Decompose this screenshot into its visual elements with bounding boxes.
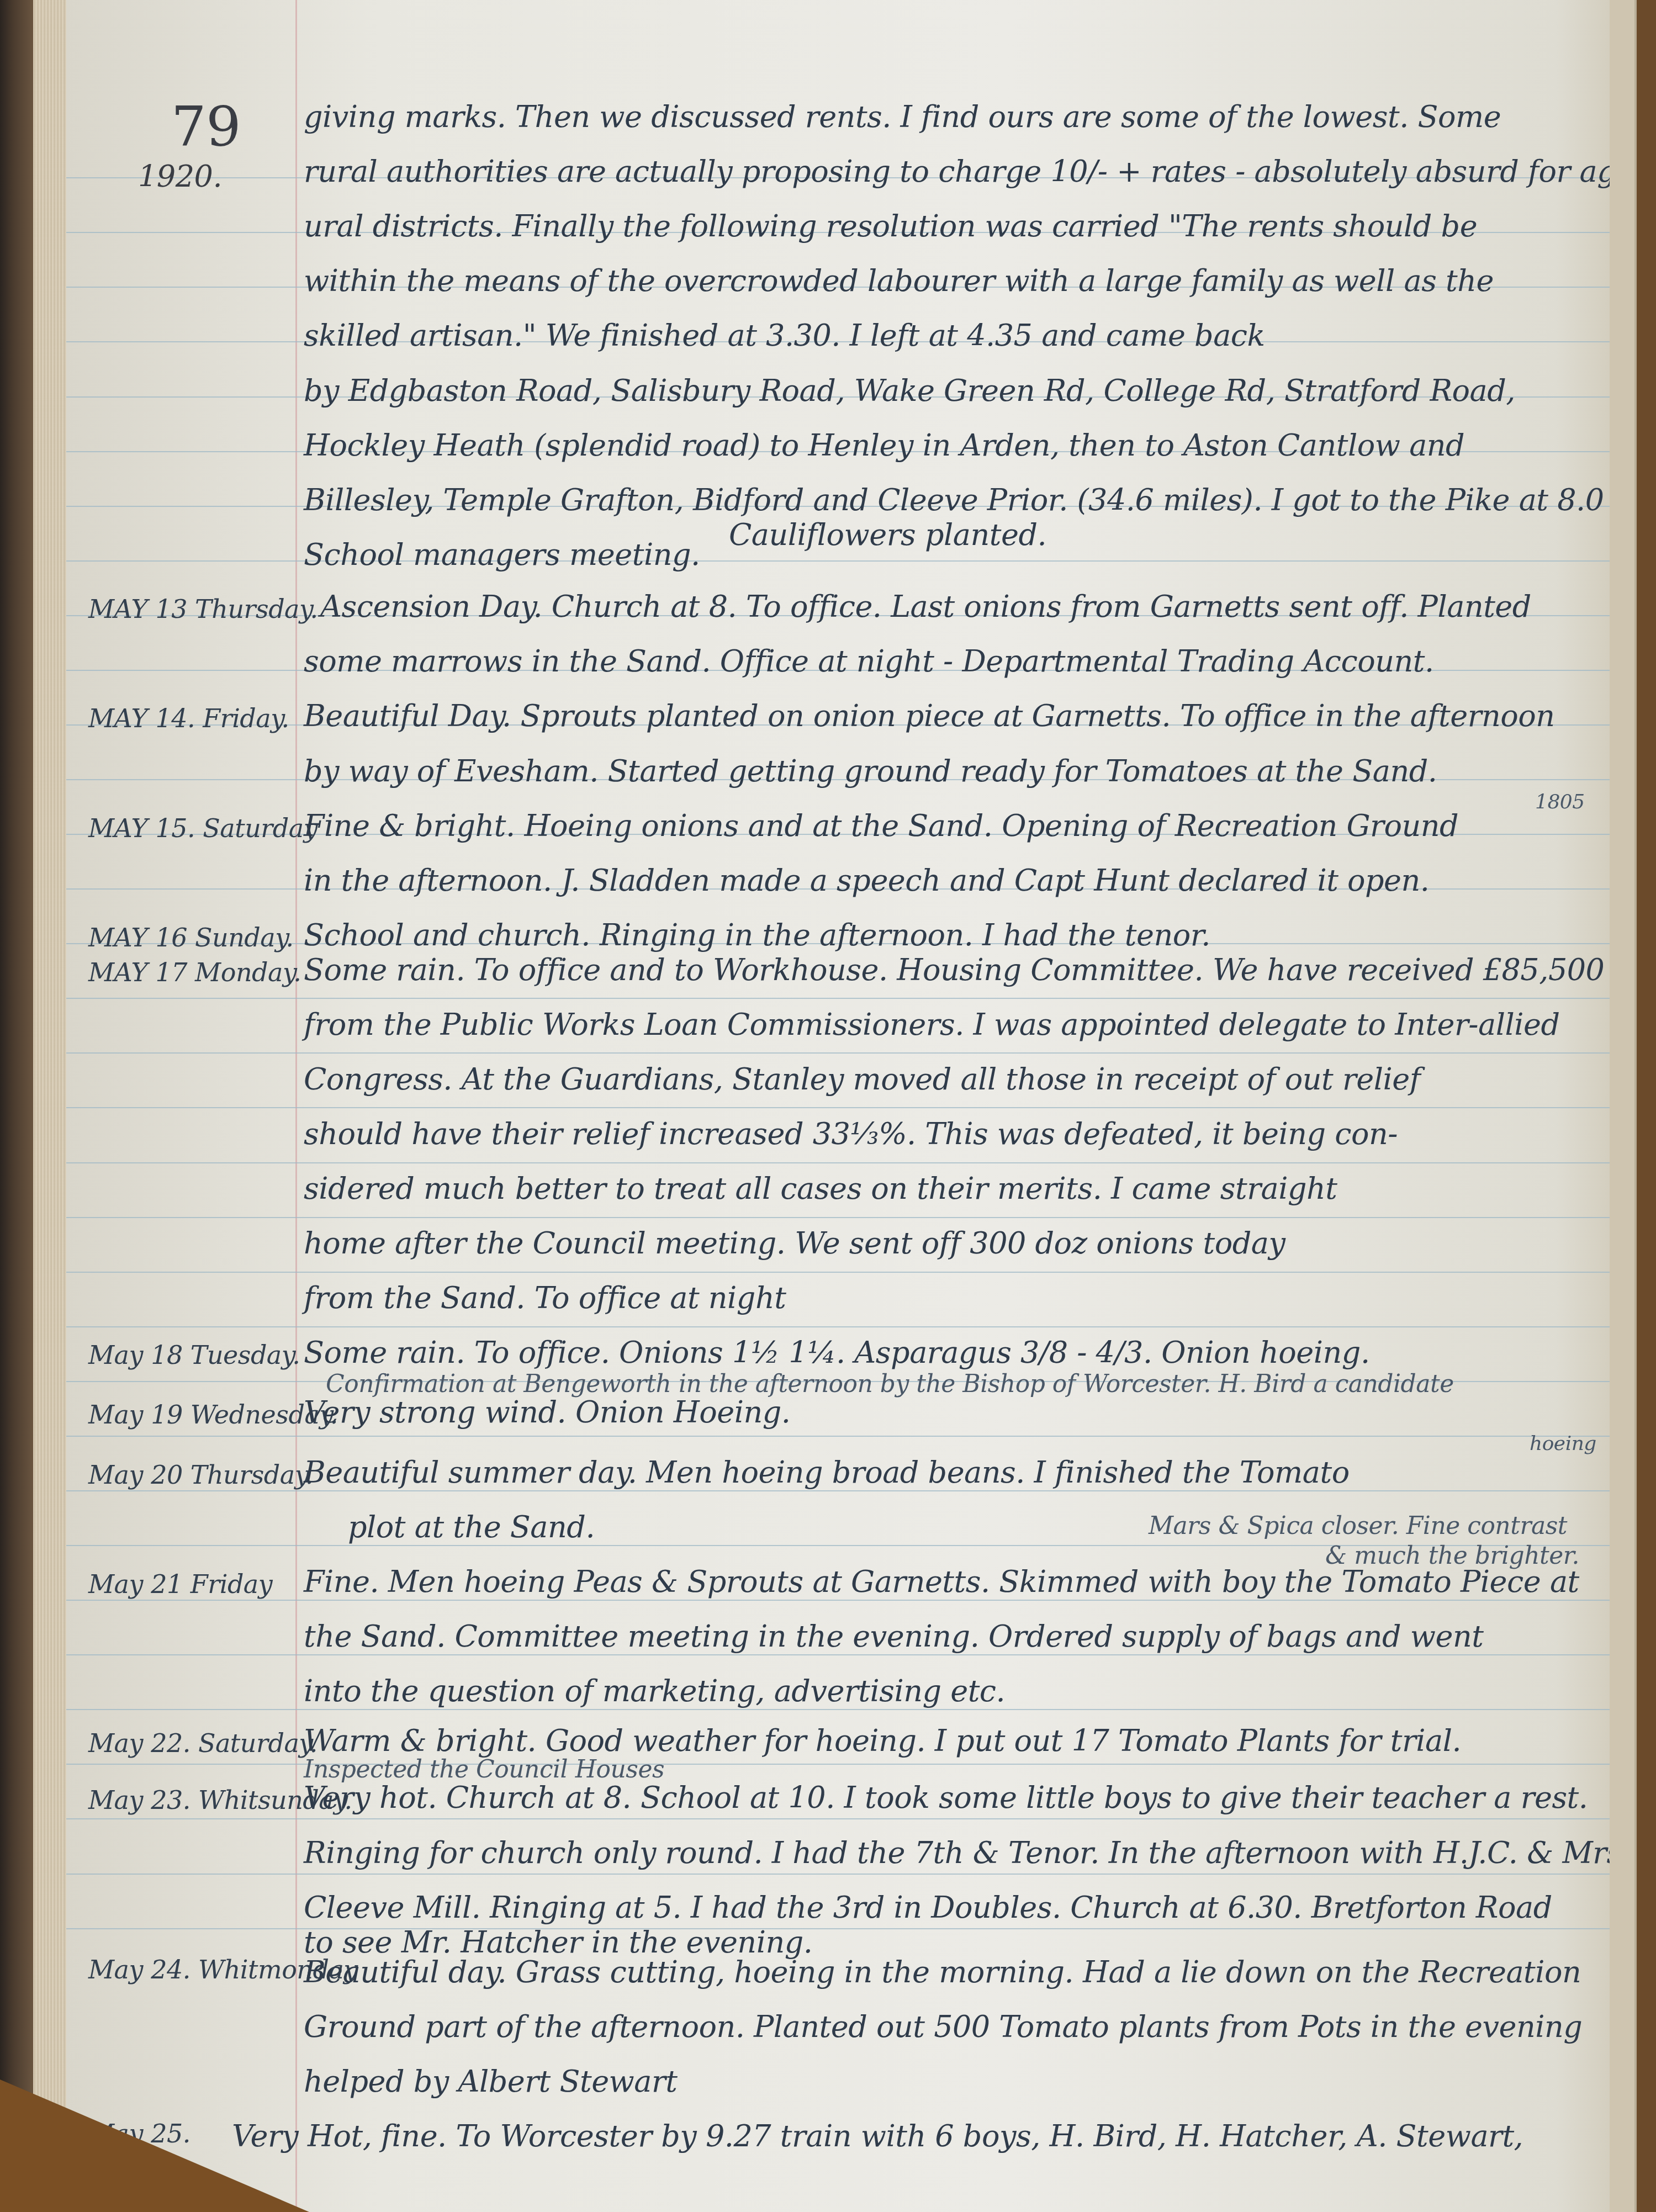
text-line: in the afternoon. J. Sladden made a spee… <box>304 863 1430 898</box>
ruled-line <box>66 1162 1634 1163</box>
entry-date: MAY 17 Monday. <box>88 957 301 987</box>
text-line: helped by Albert Stewart <box>304 2064 678 2099</box>
ruled-line <box>66 998 1634 999</box>
ruled-line <box>66 1217 1634 1218</box>
text-line: by Edgbaston Road, Salisbury Road, Wake … <box>304 373 1515 408</box>
text-line: Ascension Day. Church at 8. To office. L… <box>320 589 1531 624</box>
ruled-line <box>66 1654 1634 1655</box>
text-line: Cleeve Mill. Ringing at 5. I had the 3rd… <box>304 1890 1552 1925</box>
ruled-line <box>66 1874 1634 1875</box>
ruled-line <box>66 1490 1634 1491</box>
year-label: 1920. <box>138 159 222 194</box>
text-line: Fine & bright. Hoeing onions and at the … <box>304 808 1458 843</box>
text-line: plot at the Sand. <box>348 1510 595 1544</box>
text-line: Some rain. To office and to Workhouse. H… <box>304 952 1604 987</box>
text-line: Ringing for church only round. I had the… <box>304 1835 1637 1870</box>
text-line: Very strong wind. Onion Hoeing. <box>304 1395 791 1430</box>
diary-page: 79 1920. giving marks. Then we discussed… <box>66 0 1637 2212</box>
entry-date: MAY 13 Thursday. <box>88 594 318 624</box>
adjacent-page-edge <box>1610 0 1634 2212</box>
margin-note: 1805 <box>1535 791 1585 813</box>
entry-date: May 20 Thursday. <box>88 1460 313 1490</box>
insert-note: hoeing <box>1530 1432 1596 1455</box>
text-line: by way of Evesham. Started getting groun… <box>304 754 1437 789</box>
text-line: ural districts. Finally the following re… <box>304 209 1477 244</box>
text-line: Ground part of the afternoon. Planted ou… <box>304 2009 1582 2044</box>
text-line: Congress. At the Guardians, Stanley move… <box>304 1062 1420 1097</box>
text-line: Beautiful summer day. Men hoeing broad b… <box>304 1455 1350 1490</box>
entry-date: MAY 15. Saturday <box>88 813 318 843</box>
ruled-line <box>66 1272 1634 1273</box>
entry-date: May 22. Saturday. <box>88 1728 318 1758</box>
ruled-line <box>66 1326 1634 1327</box>
text-line: some marrows in the Sand. Office at nigh… <box>304 644 1434 679</box>
text-line: the Sand. Committee meeting in the eveni… <box>304 1619 1483 1654</box>
entry-date: MAY 16 Sunday. <box>88 923 294 952</box>
text-line: sidered much better to treat all cases o… <box>304 1171 1337 1206</box>
ruled-line <box>66 1928 1634 1929</box>
text-line: Fine. Men hoeing Peas & Sprouts at Garne… <box>304 1564 1579 1599</box>
text-line: Cauliflowers planted. <box>729 517 1046 552</box>
text-line: Some rain. To office. Onions 1½ 1¼. Aspa… <box>304 1335 1370 1370</box>
text-line: home after the Council meeting. We sent … <box>304 1226 1285 1261</box>
text-line: Beautiful Day. Sprouts planted on onion … <box>304 698 1555 733</box>
entry-date: May 19 Wednesday. <box>88 1400 338 1430</box>
text-line: Billesley, Temple Grafton, Bidford and C… <box>304 483 1604 517</box>
ruled-line <box>66 1764 1634 1765</box>
book-binding <box>0 0 33 2212</box>
ruled-line <box>66 1052 1634 1054</box>
text-line: should have their relief increased 33⅓%.… <box>304 1116 1398 1151</box>
text-line: Warm & bright. Good weather for hoeing. … <box>304 1723 1461 1758</box>
text-line: from the Public Works Loan Commissioners… <box>304 1007 1560 1042</box>
text-line: Confirmation at Bengeworth in the aftern… <box>326 1370 1454 1398</box>
text-line: into the question of marketing, advertis… <box>304 1674 1005 1708</box>
ruled-line <box>66 1709 1634 1710</box>
text-line: Beautiful day. Grass cutting, hoeing in … <box>304 1955 1581 1989</box>
entry-date: May 18 Tuesday. <box>88 1340 300 1370</box>
page-number: 79 <box>171 94 241 159</box>
text-line: within the means of the overcrowded labo… <box>304 263 1494 298</box>
text-line: rural authorities are actually proposing… <box>304 154 1637 189</box>
text-line: skilled artisan." We finished at 3.30. I… <box>304 318 1265 353</box>
text-line: School managers meeting. <box>304 537 700 572</box>
entry-date: May 21 Friday <box>88 1569 272 1599</box>
ruled-line <box>66 1436 1634 1437</box>
text-line: from the Sand. To office at night <box>304 1280 786 1315</box>
margin-rule <box>295 0 297 2212</box>
text-line: School and church. Ringing in the aftern… <box>304 918 1210 952</box>
text-line: Hockley Heath (splendid road) to Henley … <box>304 428 1464 463</box>
text-line: Inspected the Council Houses <box>304 1755 664 1784</box>
text-line: Very Hot, fine. To Worcester by 9.27 tra… <box>232 2119 1523 2153</box>
ruled-line <box>66 560 1634 562</box>
entry-date: MAY 14. Friday. <box>88 703 289 733</box>
text-line: giving marks. Then we discussed rents. I… <box>304 99 1501 134</box>
ruled-line <box>66 1107 1634 1108</box>
ruled-line <box>66 1818 1634 1819</box>
ruled-line <box>66 1600 1634 1601</box>
astronomy-note: Mars & Spica closer. Fine contrast <box>1149 1512 1567 1540</box>
text-line: Very hot. Church at 8. School at 10. I t… <box>304 1780 1588 1815</box>
